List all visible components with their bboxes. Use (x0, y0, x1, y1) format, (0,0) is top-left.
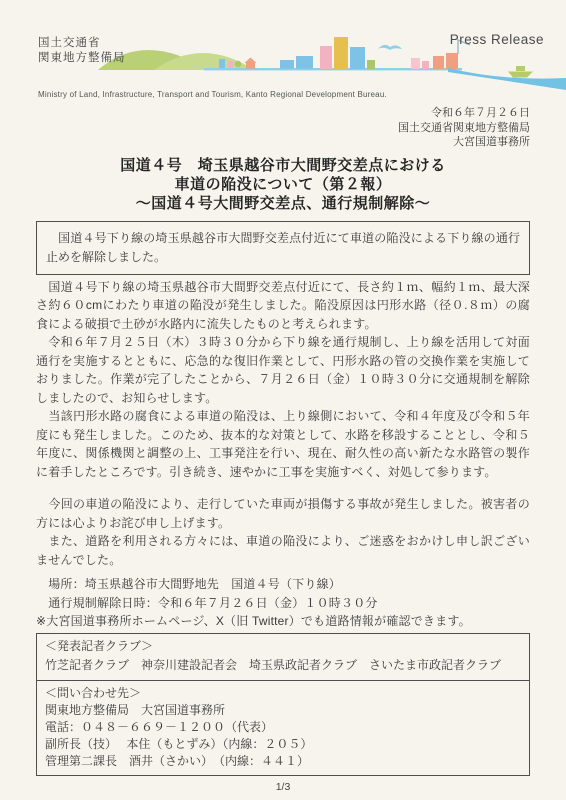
website-note-line: ※大宮国道事務所ホームページ、X（旧 Twitter）でも道路情報が確認できます… (36, 612, 530, 631)
title-line-1: 国道４号 埼玉県越谷市大間野交差点における (0, 156, 566, 175)
contact-office: 関東地方整備局 大宮国道事務所 (45, 702, 521, 719)
document-title: 国道４号 埼玉県越谷市大間野交差点における 車道の陥没について（第２報） ～国道… (0, 156, 566, 213)
paragraph-3: 当該円形水路の腐食による車道の陥没は、上り線側において、令和４年度及び令和５年度… (36, 407, 530, 481)
org-name-line2: 関東地方整備局 (38, 51, 126, 66)
boat-icon (508, 66, 533, 78)
location-line: 場所：埼玉県越谷市大間野地先 国道４号（下り線） (36, 575, 530, 594)
press-release-page: 国土交通省 関東地方整備局 Press Release Ministry of … (0, 0, 566, 800)
page-number: 1/3 (36, 781, 530, 793)
date-block: 令和６年７月２６日 国土交通省関東地方整備局 大宮国道事務所 (0, 106, 566, 150)
contact-deputy-director: 副所長（技） 本住（もとずみ）（内線：２０５） (45, 736, 521, 753)
paragraph-5: また、道路を利用される方々には、車道の陥没により、ご迷惑をおかけし申し訳ございま… (36, 532, 530, 569)
document-body: 国道４号下り線の埼玉県越谷市大間野交差点付近にて車道の陥没による下り線の通行止め… (0, 221, 566, 793)
press-release-label: Press Release (450, 32, 544, 47)
press-club-box: ＜発表記者クラブ＞ 竹芝記者クラブ 神奈川建設記者会 埼玉県政記者クラブ さいた… (36, 633, 530, 681)
organization-logo-text: 国土交通省 関東地方整備局 (38, 36, 126, 66)
org-name-line1: 国土交通省 (38, 36, 126, 51)
release-date: 令和６年７月２６日 (0, 106, 530, 121)
tall-buildings-icon (320, 37, 375, 69)
contact-box: ＜問い合わせ先＞ 関東地方整備局 大宮国道事務所 電話：０４８－６６９－１２００… (36, 680, 530, 776)
incident-details: 場所：埼玉県越谷市大間野地先 国道４号（下り線） 通行規制解除日時：令和６年７月… (36, 575, 530, 631)
house-icon (245, 58, 257, 69)
paragraph-4: 今回の車道の陥没により、走行していた車両が損傷する事故が発生しました。被害者の方… (36, 495, 530, 532)
summary-box: 国道４号下り線の埼玉県越谷市大間野交差点付近にて車道の陥没による下り線の通行止め… (36, 221, 530, 275)
summary-text: 国道４号下り線の埼玉県越谷市大間野交差点付近にて車道の陥没による下り線の通行止め… (46, 231, 520, 264)
contact-phone: 電話：０４８－６６９－１２００（代表） (45, 719, 521, 736)
issuing-bureau: 国土交通省関東地方整備局 (0, 121, 530, 136)
station-buildings-icon (280, 56, 313, 69)
contact-section-chief: 管理第二課長 酒井（さかい） （内線：４４１） (45, 753, 521, 770)
water-icon (448, 68, 566, 90)
bird-icon (378, 45, 402, 50)
paragraph-2: 令和６年７月２５日（木）３時３０分から下り線を通行規制し、上り線を活用して対面通… (36, 333, 530, 407)
title-line-3: ～国道４号大間野交差点、通行規制解除～ (0, 194, 566, 213)
paragraph-1: 国道４号下り線の埼玉県越谷市大間野交差点付近にて、長さ約１ｍ、幅約１ｍ、最大深さ… (36, 278, 530, 334)
english-caption: Ministry of Land, Infrastructure, Transp… (38, 90, 387, 99)
press-club-heading: ＜発表記者クラブ＞ (45, 637, 521, 656)
press-club-members: 竹芝記者クラブ 神奈川建設記者会 埼玉県政記者クラブ さいたま市政記者クラブ (45, 656, 521, 675)
restriction-lift-time-line: 通行規制解除日時：令和６年７月２６日（金）１０時３０分 (36, 594, 530, 613)
title-line-2: 車道の陥没について（第２報） (0, 175, 566, 194)
header: 国土交通省 関東地方整備局 Press Release Ministry of … (0, 0, 566, 104)
issuing-office: 大宮国道事務所 (0, 135, 530, 150)
contact-heading: ＜問い合わせ先＞ (45, 685, 521, 702)
